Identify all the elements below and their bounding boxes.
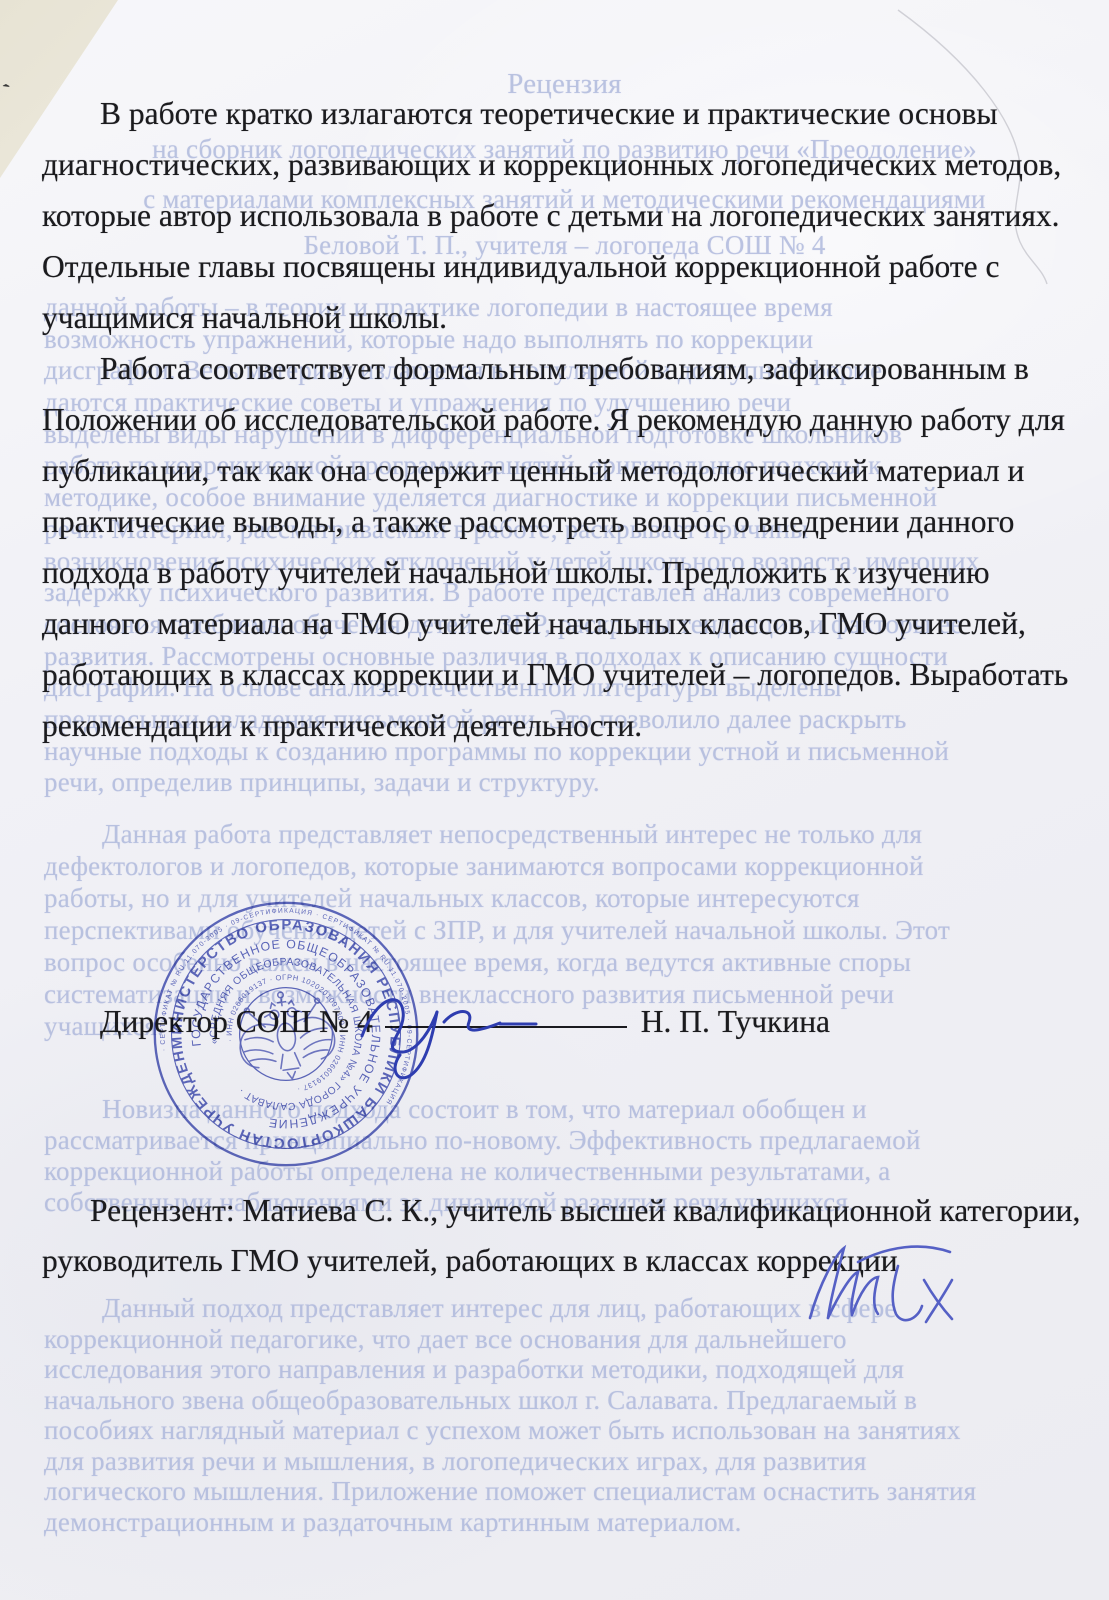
ghost-line: исследования этого направления и разрабо… — [44, 1354, 1084, 1385]
ghost-line: для развития речи и мышления, в логопеди… — [44, 1446, 1084, 1477]
ghost-line: демонстрационным и раздаточным картинным… — [44, 1507, 1084, 1538]
ghost-line: пособиях наглядный материал с успехом мо… — [44, 1415, 1084, 1446]
ghost-line: речи, определив принципы, задачи и струк… — [44, 767, 1084, 799]
double-headed-eagle-emblem — [233, 986, 339, 1086]
reviewer-handwritten-signature — [800, 1222, 970, 1337]
ghost-line: Данная работа представляет непосредствен… — [44, 818, 1084, 850]
review-paragraph-1: В работе кратко излагаются теоретические… — [42, 88, 1078, 343]
ghost-line: начального звена общеобразовательных шко… — [44, 1385, 1084, 1416]
director-handwritten-signature — [340, 978, 570, 1088]
review-body: В работе кратко излагаются теоретические… — [42, 88, 1078, 751]
ghost-line: логического мышления. Приложение поможет… — [44, 1476, 1084, 1507]
ghost-line: дефектологов и логопедов, которые занима… — [44, 850, 1084, 882]
review-paragraph-2: Работа соответствует формальным требован… — [42, 343, 1078, 751]
director-name: Н. П. Тучкина — [641, 1004, 830, 1040]
scanned-review-page: ` Рецензия на сборник логопедических зан… — [0, 0, 1109, 1600]
